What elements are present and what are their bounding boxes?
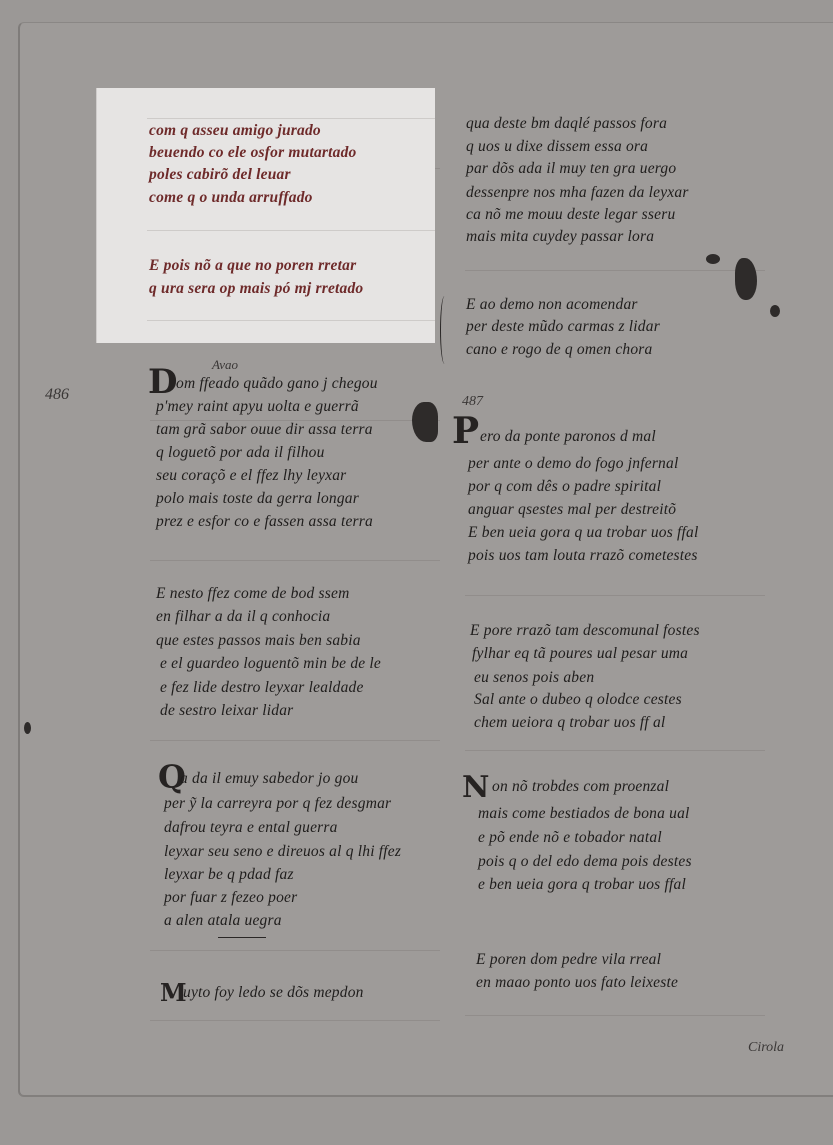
verse-line: ero da ponte paronos d mal — [480, 428, 656, 446]
ink-flourish-icon — [412, 402, 438, 442]
brace-mark — [440, 296, 449, 364]
verse-line: cano e rogo de q omen chora — [466, 341, 652, 359]
verse-line: por fuar z fezeo poer — [164, 889, 297, 907]
verse-line: Sal ante o dubeo q olodce cestes — [474, 691, 682, 709]
folio-number: 486 — [45, 386, 69, 404]
verse-line: E ao demo non acomendar — [466, 296, 638, 314]
decorated-initial: D — [148, 362, 177, 402]
verse-line: e ben ueia gora q trobar uos ffal — [478, 876, 686, 894]
decorated-initial: P — [452, 410, 479, 452]
verse-line: ca nõ me mouu deste legar sseru — [466, 206, 675, 224]
verse-line: de sestro leixar lidar — [160, 702, 293, 720]
verse-line: que estes passos mais ben sabia — [156, 632, 361, 650]
verse-line: seu coraçõ e el ffez lhy leyxar — [156, 467, 346, 485]
ruling-line — [465, 270, 765, 271]
verse-line: per ỹ la carreyra por q fez desgmar — [164, 795, 391, 813]
verse-line: om ffeado quãdo gano j chegou — [176, 375, 378, 393]
verse-line: prez e esfor co e fassen assa terra — [156, 513, 373, 531]
interlinear-gloss: Avao — [212, 357, 238, 373]
highlighted-inset: com q asseu amigo jurado beuendo co ele … — [96, 88, 435, 343]
ruling-line — [465, 595, 765, 596]
verse-line: q loguetõ por ada il filhou — [156, 444, 325, 462]
ruling-line — [150, 950, 440, 951]
ruling-line — [465, 750, 765, 751]
verse-line: eu senos pois aben — [474, 669, 594, 687]
verse-line: pois q o del edo dema pois destes — [478, 853, 692, 871]
verse-line: E nesto ffez come de bod ssem — [156, 585, 349, 603]
verse-line: tam grã sabor ouue dir assa terra — [156, 421, 373, 439]
ink-flourish-icon — [706, 254, 720, 264]
verse-line: a alen atala uegra — [164, 912, 282, 930]
catchword-note: Cirola — [748, 1040, 784, 1056]
inset-line: E pois nõ a que no poren rretar — [149, 257, 356, 275]
decorated-initial: N — [462, 770, 489, 805]
verse-line: anguar qsestes mal per destreitõ — [468, 501, 676, 519]
verse-line: q uos u dixe dissem essa ora — [466, 138, 648, 156]
verse-line: por q com dês o padre spirital — [468, 478, 661, 496]
verse-line: uyto foy ledo se dõs mepdon — [183, 984, 364, 1002]
ruling-line — [150, 740, 440, 741]
verse-line: par dõs ada il muy ten gra uergo — [466, 160, 676, 178]
verse-line: fylhar eq tã poures ual pesar uma — [472, 645, 688, 663]
ruling-line — [150, 560, 440, 561]
ink-flourish-icon — [770, 305, 780, 317]
inset-line: come q o unda arruffado — [149, 189, 313, 207]
verse-line: per ante o demo do fogo jnfernal — [468, 455, 678, 473]
verse-line: E poren dom pedre vila rreal — [476, 951, 661, 969]
verse-line: leyxar be q pdad faz — [164, 866, 294, 884]
verse-line: E ben ueia gora q ua trobar uos ffal — [468, 524, 699, 542]
verse-line: en maao ponto uos fato leixeste — [476, 974, 678, 992]
underline-mark — [218, 937, 266, 938]
verse-line: pois uos tam louta rrazõ cometestes — [468, 547, 698, 565]
verse-line: chem ueiora q trobar uos ff al — [474, 714, 665, 732]
folio-number: 487 — [462, 394, 483, 410]
verse-line: per deste mũdo carmas z lidar — [466, 318, 660, 336]
verse-line: dessenpre nos mha fazen da leyxar — [466, 184, 689, 202]
inset-line: q ura sera op mais pó mj rretado — [149, 280, 363, 298]
verse-line: en filhar a da il q conhocia — [156, 608, 330, 626]
inset-line: com q asseu amigo jurado — [149, 122, 321, 140]
verse-line: polo mais toste da gerra longar — [156, 490, 359, 508]
ink-flourish-icon — [735, 258, 757, 300]
inset-line: beuendo co ele osfor mutartado — [149, 144, 357, 162]
verse-line: dafrou teyra e ental guerra — [164, 819, 338, 837]
verse-line: qua deste bm daqlé passos fora — [466, 115, 667, 133]
ruling-line — [465, 1015, 765, 1016]
verse-line: mais mita cuydey passar lora — [466, 228, 654, 246]
verse-line: e el guardeo loguentõ min be de le — [160, 655, 381, 673]
ruling-line — [150, 1020, 440, 1021]
verse-line: a da il emuy sabedor jo gou — [180, 770, 358, 788]
verse-line: mais come bestiados de bona ual — [478, 805, 690, 823]
verse-line: e fez lide destro leyxar lealdade — [160, 679, 364, 697]
verse-line: on nõ trobdes com proenzal — [492, 778, 669, 796]
ink-dot-icon — [24, 722, 31, 734]
verse-line: E pore rrazõ tam descomunal fostes — [470, 622, 700, 640]
verse-line: leyxar seu seno e direuos al q lhi ffez — [164, 843, 401, 861]
inset-line: poles cabirõ del leuar — [149, 166, 291, 184]
verse-line: p'mey raint apyu uolta e guerrã — [156, 398, 359, 416]
verse-line: e põ ende nõ e tobador natal — [478, 829, 662, 847]
